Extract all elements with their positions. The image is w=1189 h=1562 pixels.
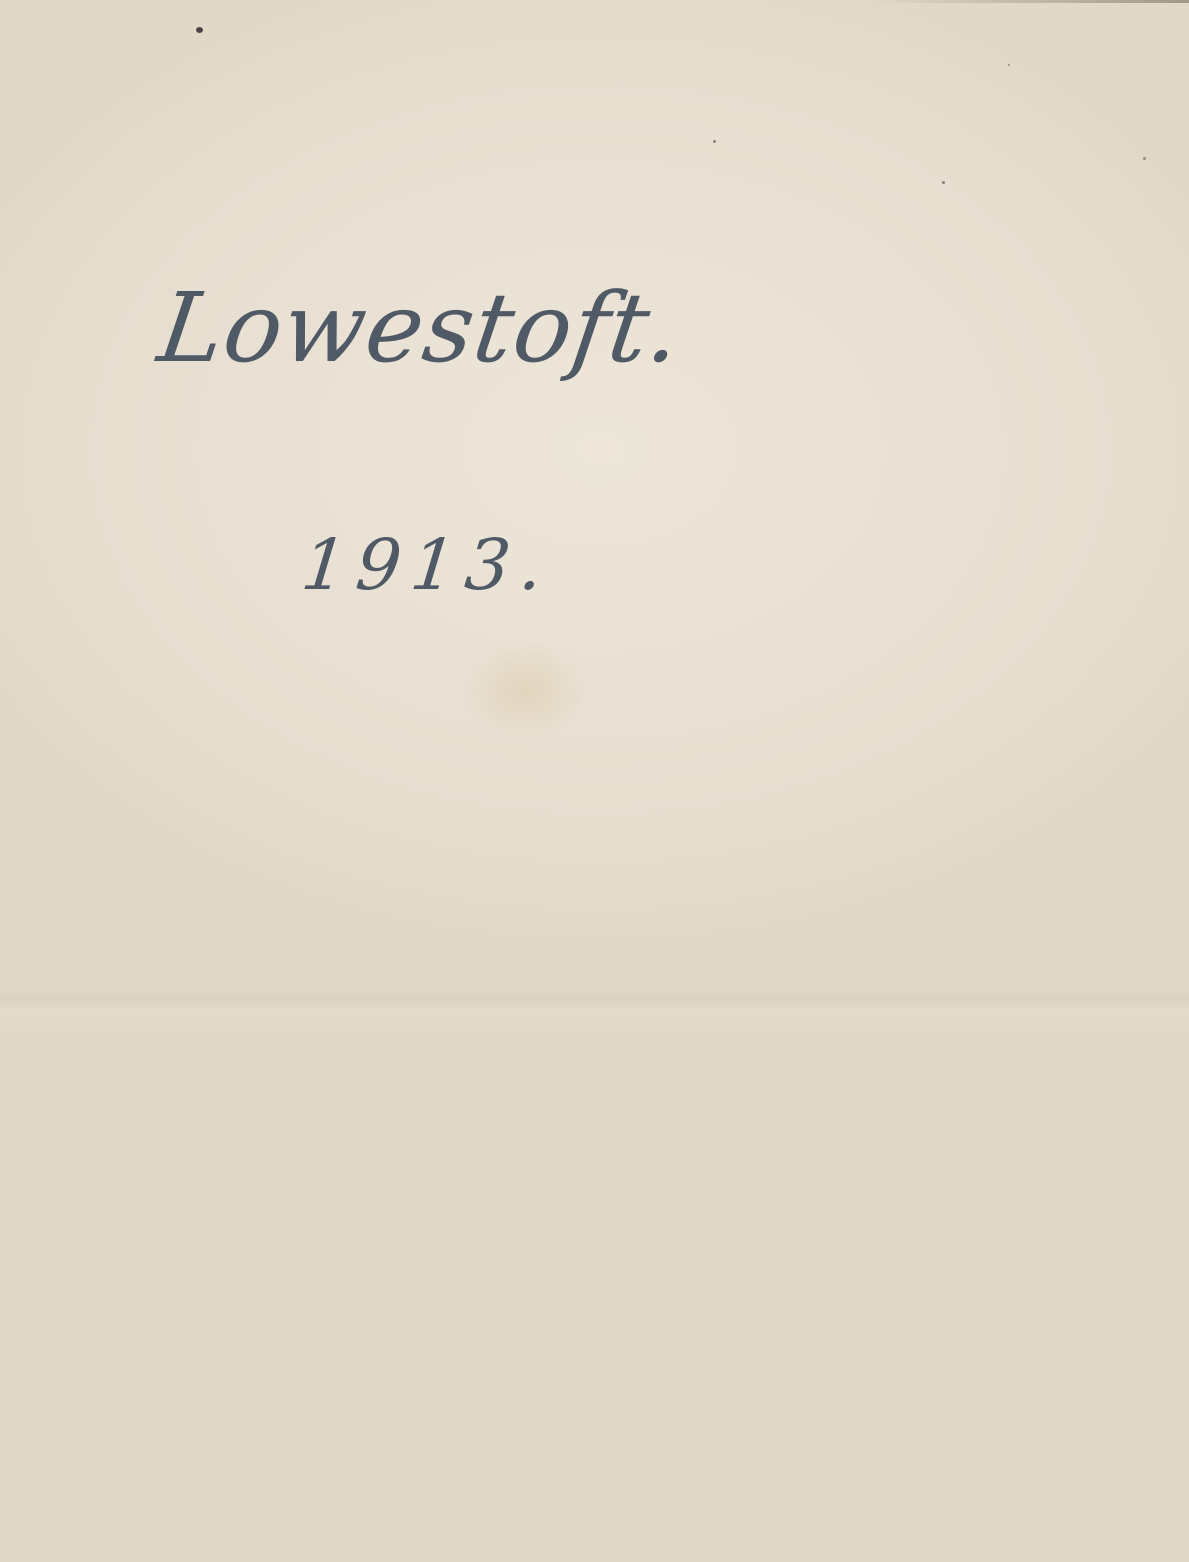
aged-paper-sheet: [0, 0, 1189, 1562]
ink-speck: [942, 181, 945, 184]
handwritten-place-name: Lowestoft.: [153, 280, 687, 376]
ink-speck: [196, 27, 203, 33]
ink-speck: [1143, 157, 1146, 160]
ink-speck: [1008, 64, 1010, 66]
ink-speck: [713, 140, 716, 143]
handwritten-year: 1913.: [298, 530, 556, 600]
paper-top-edge: [870, 0, 1189, 3]
